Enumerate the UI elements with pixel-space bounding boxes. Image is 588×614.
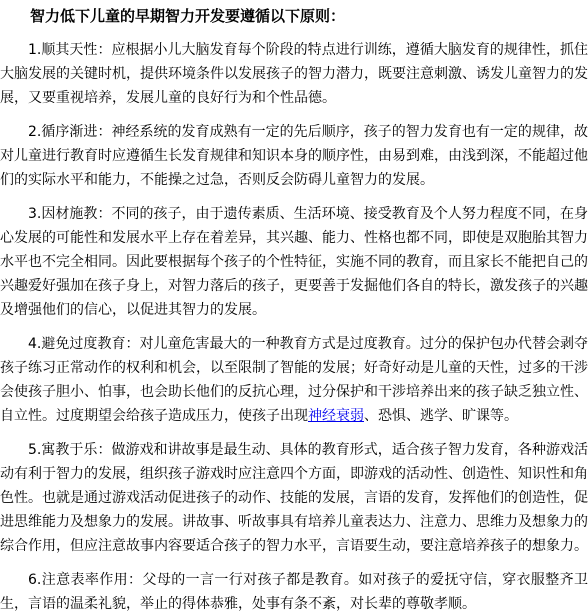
neurasthenia-link[interactable]: 神经衰弱 — [308, 408, 364, 424]
article: 智力低下儿童的早期智力开发要遵循以下原则： 1.顺其天性：应根据小儿大脑发育每个… — [0, 0, 588, 614]
paragraph-follow-nature: 1.顺其天性：应根据小儿大脑发育每个阶段的特点进行训练，遵循大脑发育的规律性，抓… — [0, 38, 588, 110]
paragraph-step-by-step: 2.循序渐进：神经系统的发育成熟有一定的先后顺序，孩子的智力发育也有一定的规律，… — [0, 120, 588, 192]
paragraph-role-model: 6.注意表率作用：父母的一言一行对孩子都是教育。如对孩子的爱抚守信，穿衣服整齐卫… — [0, 568, 588, 614]
paragraph-teach-by-aptitude: 3.因材施教：不同的孩子，由于遗传素质、生活环境、接受教育及个人努力程度不同，在… — [0, 202, 588, 322]
paragraph-educate-through-fun: 5.寓教于乐：做游戏和讲故事是最生动、具体的教育形式，适合孩子智力发育，各种游戏… — [0, 438, 588, 558]
paragraph-avoid-over-education: 4.避免过度教育：对儿童危害最大的一种教育方式是过度教育。过分的保护包办代替会剥… — [0, 332, 588, 428]
article-title: 智力低下儿童的早期智力开发要遵循以下原则： — [0, 4, 588, 28]
paragraph-avoid-over-education-text-after: 、恐惧、逃学、旷课等。 — [364, 408, 518, 424]
